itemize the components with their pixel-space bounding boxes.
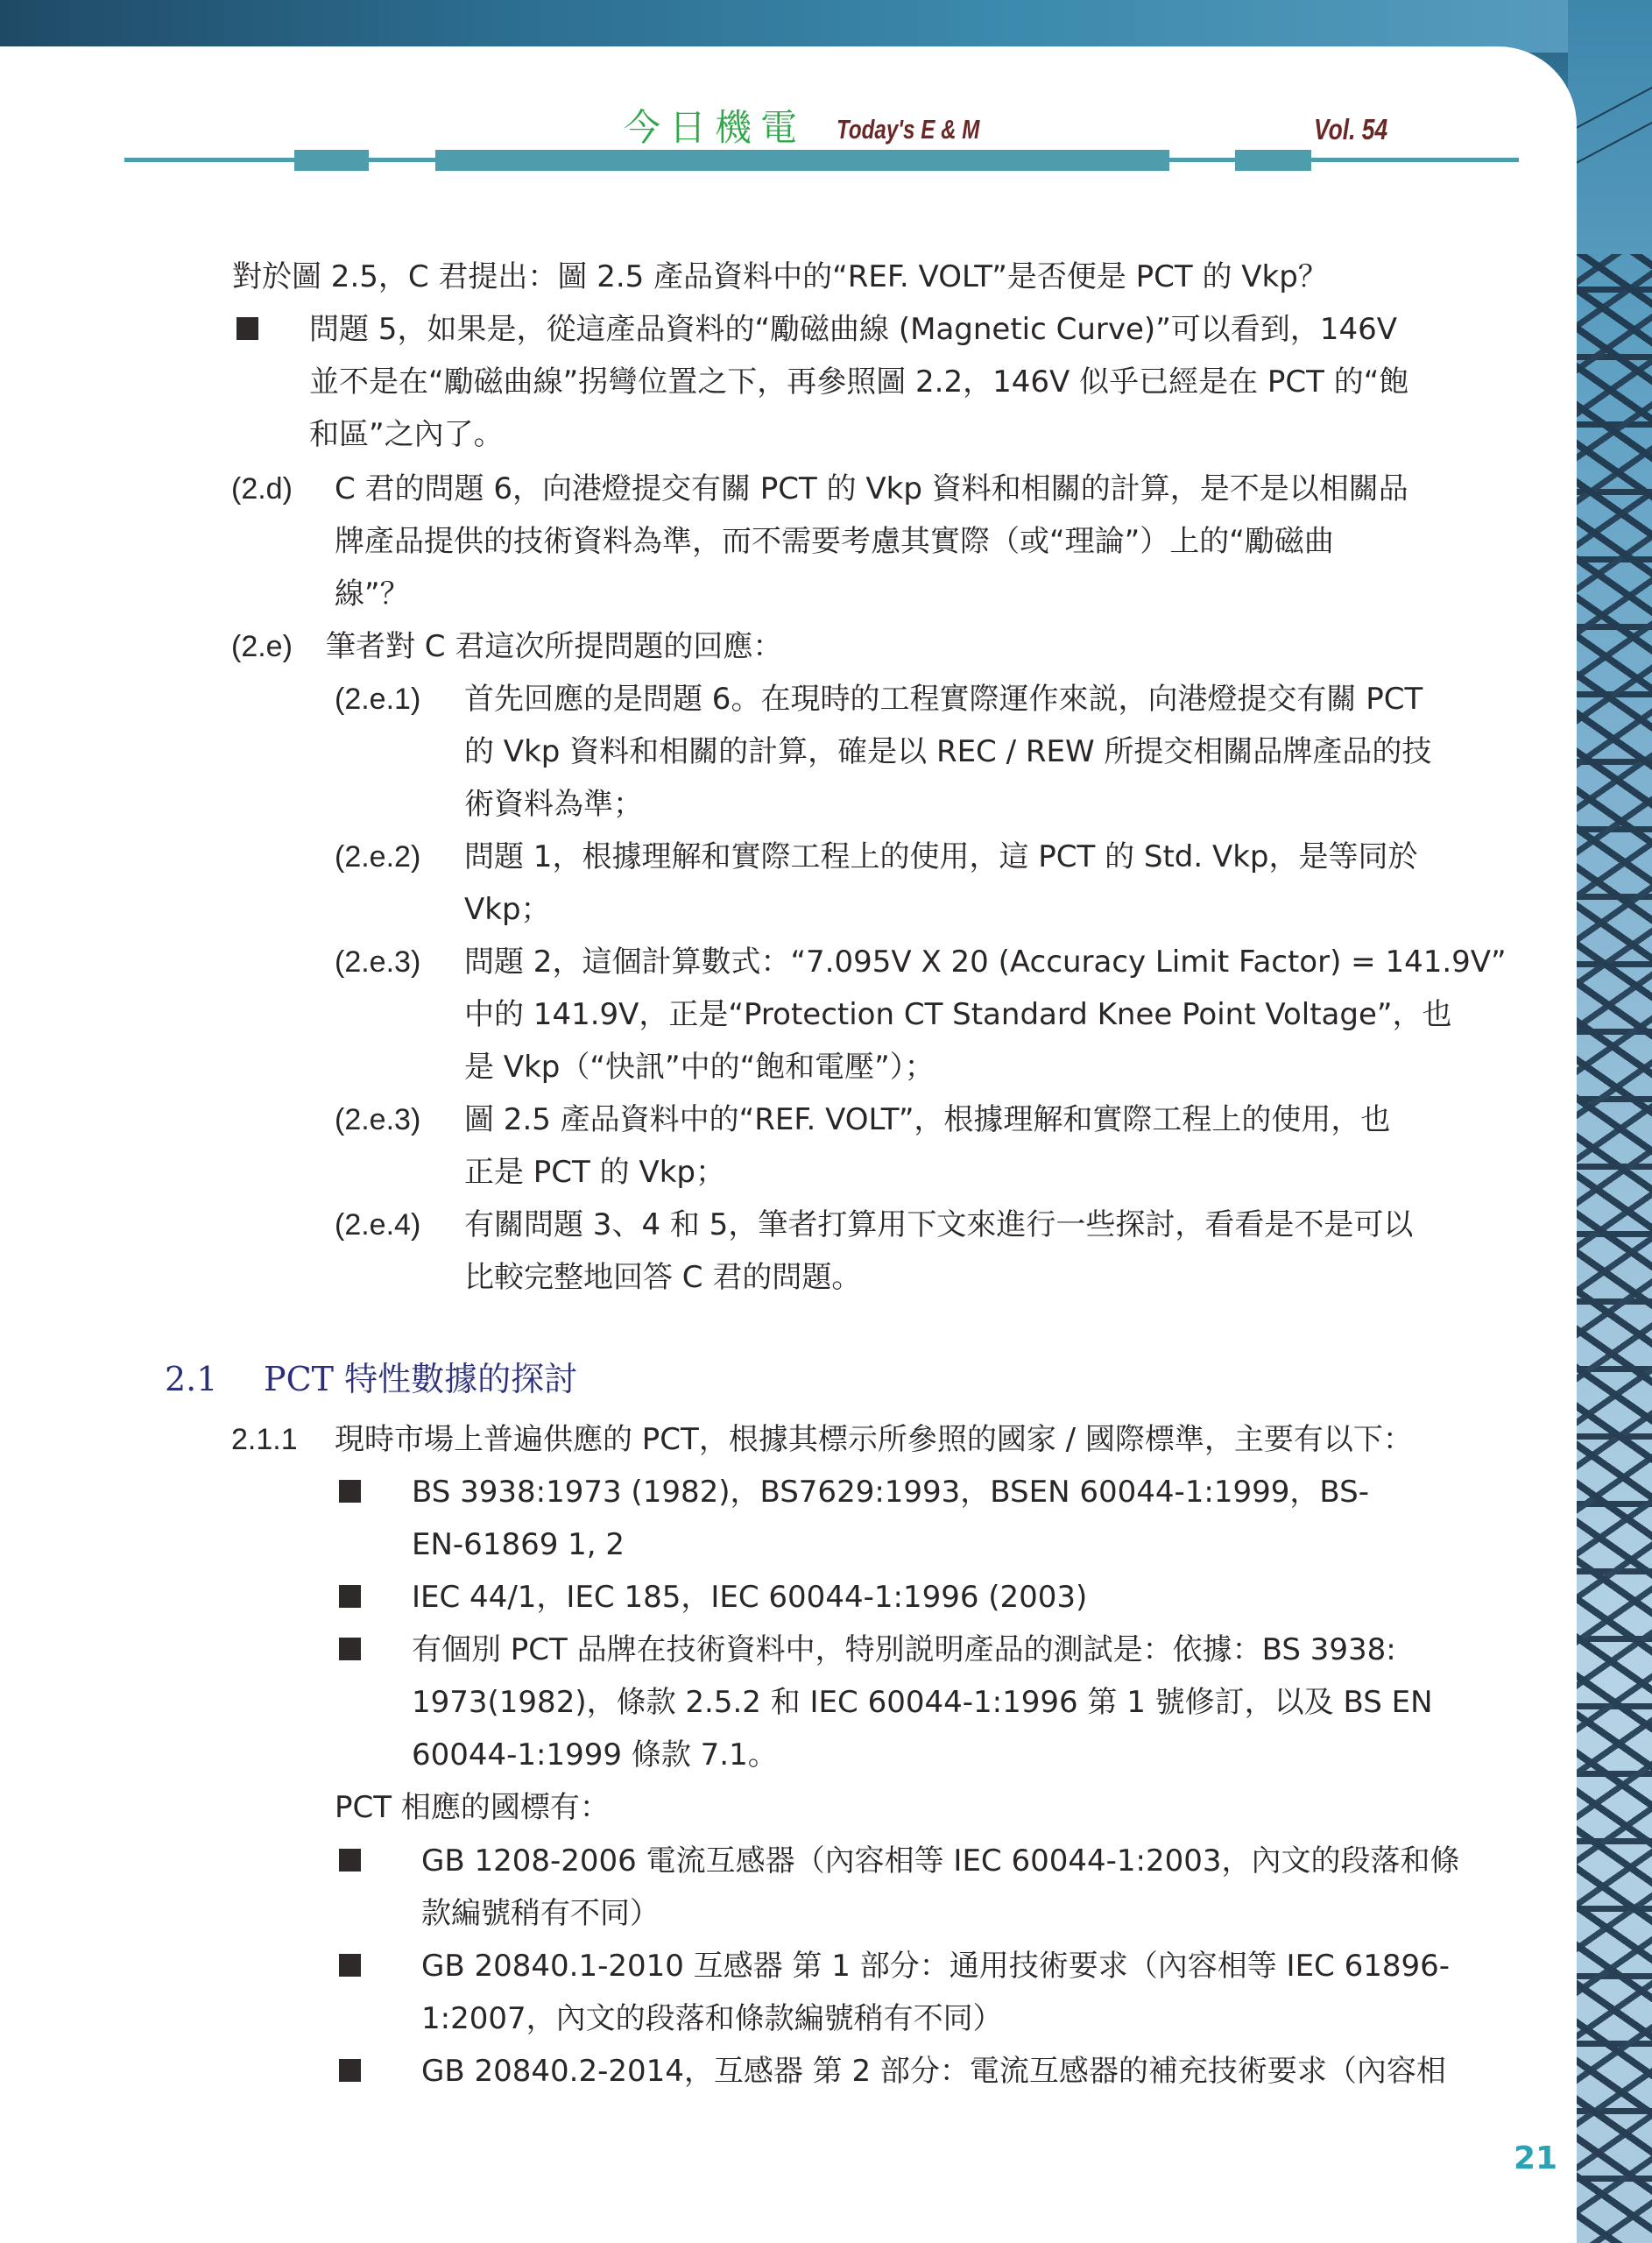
magazine-title-cn: 今日機電: [624, 107, 806, 149]
subitem-label: (2.e.3): [335, 1102, 420, 1137]
national-standard-line: 款編號稍有不同）: [421, 1896, 660, 1931]
subitem-line: 首先回應的是問題 6。在現時的工程實際運作來説，向港燈提交有關 PCT: [464, 682, 1423, 717]
standard-list-line: IEC 44/1，IEC 185，IEC 60044-1:1996 (2003): [412, 1580, 1087, 1615]
question5-line: 問題 5，如果是，從這產品資料的“勵磁曲線 (Magnetic Curve)”可…: [309, 312, 1397, 347]
standard-list-line: 有個別 PCT 品牌在技術資料中，特別説明產品的測試是：依據：BS 3938:: [412, 1632, 1396, 1667]
bullet-square-icon: [339, 1480, 361, 1503]
national-standard-line: 1:2007，內文的段落和條款編號稍有不同）: [421, 2001, 1003, 2036]
subitem-label: (2.e.1): [335, 682, 420, 717]
header-rule-block: [1235, 150, 1311, 171]
standard-list-line: BS 3938:1973 (1982)，BS7629:1993，BSEN 600…: [412, 1475, 1369, 1510]
subitem-line: 圖 2.5 產品資料中的“REF. VOLT”，根據理解和實際工程上的使用，也: [464, 1102, 1390, 1137]
bullet-square-icon: [339, 2059, 361, 2082]
subitem-label: (2.e.3): [335, 945, 420, 980]
item-label: (2.e): [231, 629, 293, 664]
bullet-square-icon: [339, 1954, 361, 1977]
power-line: [1568, 113, 1652, 168]
question5-line: 並不是在“勵磁曲線”拐彎位置之下，再參照圖 2.2，146V 似乎已經是在 PC…: [309, 364, 1408, 400]
standard-list-line: 60044-1:1999 條款 7.1。: [412, 1737, 778, 1772]
national-standards-label: PCT 相應的國標有：: [335, 1790, 610, 1825]
subitem-line: 比較完整地回答 C 君的問題。: [464, 1260, 861, 1295]
bullet-square-icon: [339, 1849, 361, 1872]
item-label: (2.d): [231, 471, 293, 506]
subitem-line: 正是 PCT 的 Vkp；: [464, 1155, 725, 1190]
intro-paragraph: 對於圖 2.5，C 君提出：圖 2.5 產品資料中的“REF. VOLT”是否便…: [232, 259, 1328, 294]
header-rule-block: [435, 150, 1169, 171]
subitem-line: 中的 141.9V，正是“Protection CT Standard Knee…: [464, 997, 1452, 1032]
page-number: 21: [1514, 2140, 1557, 2176]
subitem-line: 是 Vkp（“快訊”中的“飽和電壓”）；: [464, 1050, 935, 1085]
volume-label: Vol. 54: [1314, 114, 1387, 145]
subitem-line: 術資料為準；: [464, 787, 643, 822]
header-rule-block: [294, 150, 369, 171]
question5-line: 和區”之內了。: [309, 417, 504, 452]
subsection-text: 現時市場上普遍供應的 PCT，根據其標示所參照的國家 / 國際標準，主要有以下：: [335, 1422, 1413, 1457]
magazine-title-en: Today's E & M: [837, 114, 979, 145]
item-2e-text: 筆者對 C 君這次所提問題的回應：: [326, 629, 782, 664]
subitem-line: 問題 2，這個計算數式：“7.095V X 20 (Accuracy Limit…: [464, 945, 1507, 980]
subitem-line: Vkp；: [464, 892, 551, 927]
subsection-label: 2.1.1: [231, 1422, 298, 1457]
tower-lattice: [1568, 254, 1652, 2243]
section-heading: 2.1PCT 特性數據的探討: [165, 1358, 577, 1400]
item-2d-line: 牌產品提供的技術資料為準，而不需要考慮其實際（或“理論”）上的“勵磁曲: [335, 524, 1334, 559]
standard-list-line: 1973(1982)，條款 2.5.2 和 IEC 60044-1:1996 第…: [412, 1685, 1433, 1720]
section-number: 2.1: [165, 1358, 264, 1400]
item-2d-line: C 君的問題 6，向港燈提交有關 PCT 的 Vkp 資料和相關的計算，是不是以…: [335, 471, 1408, 506]
subitem-label: (2.e.4): [335, 1207, 420, 1242]
subitem-label: (2.e.2): [335, 839, 420, 874]
national-standard-line: GB 20840.1-2010 互感器 第 1 部分：通用技術要求（內容相等 I…: [421, 1949, 1450, 1984]
bullet-square-icon: [339, 1585, 361, 1608]
national-standard-line: GB 1208-2006 電流互感器（內容相等 IEC 60044-1:2003…: [421, 1843, 1460, 1879]
section-title: PCT 特性數據的探討: [264, 1360, 577, 1398]
item-2d-line: 線”？: [335, 577, 410, 612]
power-tower-image: [1568, 0, 1652, 2243]
subitem-line: 問題 1，根據理解和實際工程上的使用，這 PCT 的 Std. Vkp，是等同於: [464, 839, 1418, 874]
subitem-line: 的 Vkp 資料和相關的計算，確是以 REC / REW 所提交相關品牌產品的技: [464, 734, 1431, 769]
standard-list-line: EN-61869 1, 2: [412, 1527, 625, 1562]
top-banner: [0, 0, 1652, 53]
power-line: [1568, 78, 1652, 133]
national-standard-line: GB 20840.2-2014，互感器 第 2 部分：電流互感器的補充技術要求（…: [421, 2054, 1446, 2089]
bullet-square-icon: [237, 317, 258, 340]
subitem-line: 有關問題 3、4 和 5，筆者打算用下文來進行一些探討，看看是不是可以: [464, 1207, 1413, 1242]
bullet-square-icon: [339, 1638, 361, 1660]
